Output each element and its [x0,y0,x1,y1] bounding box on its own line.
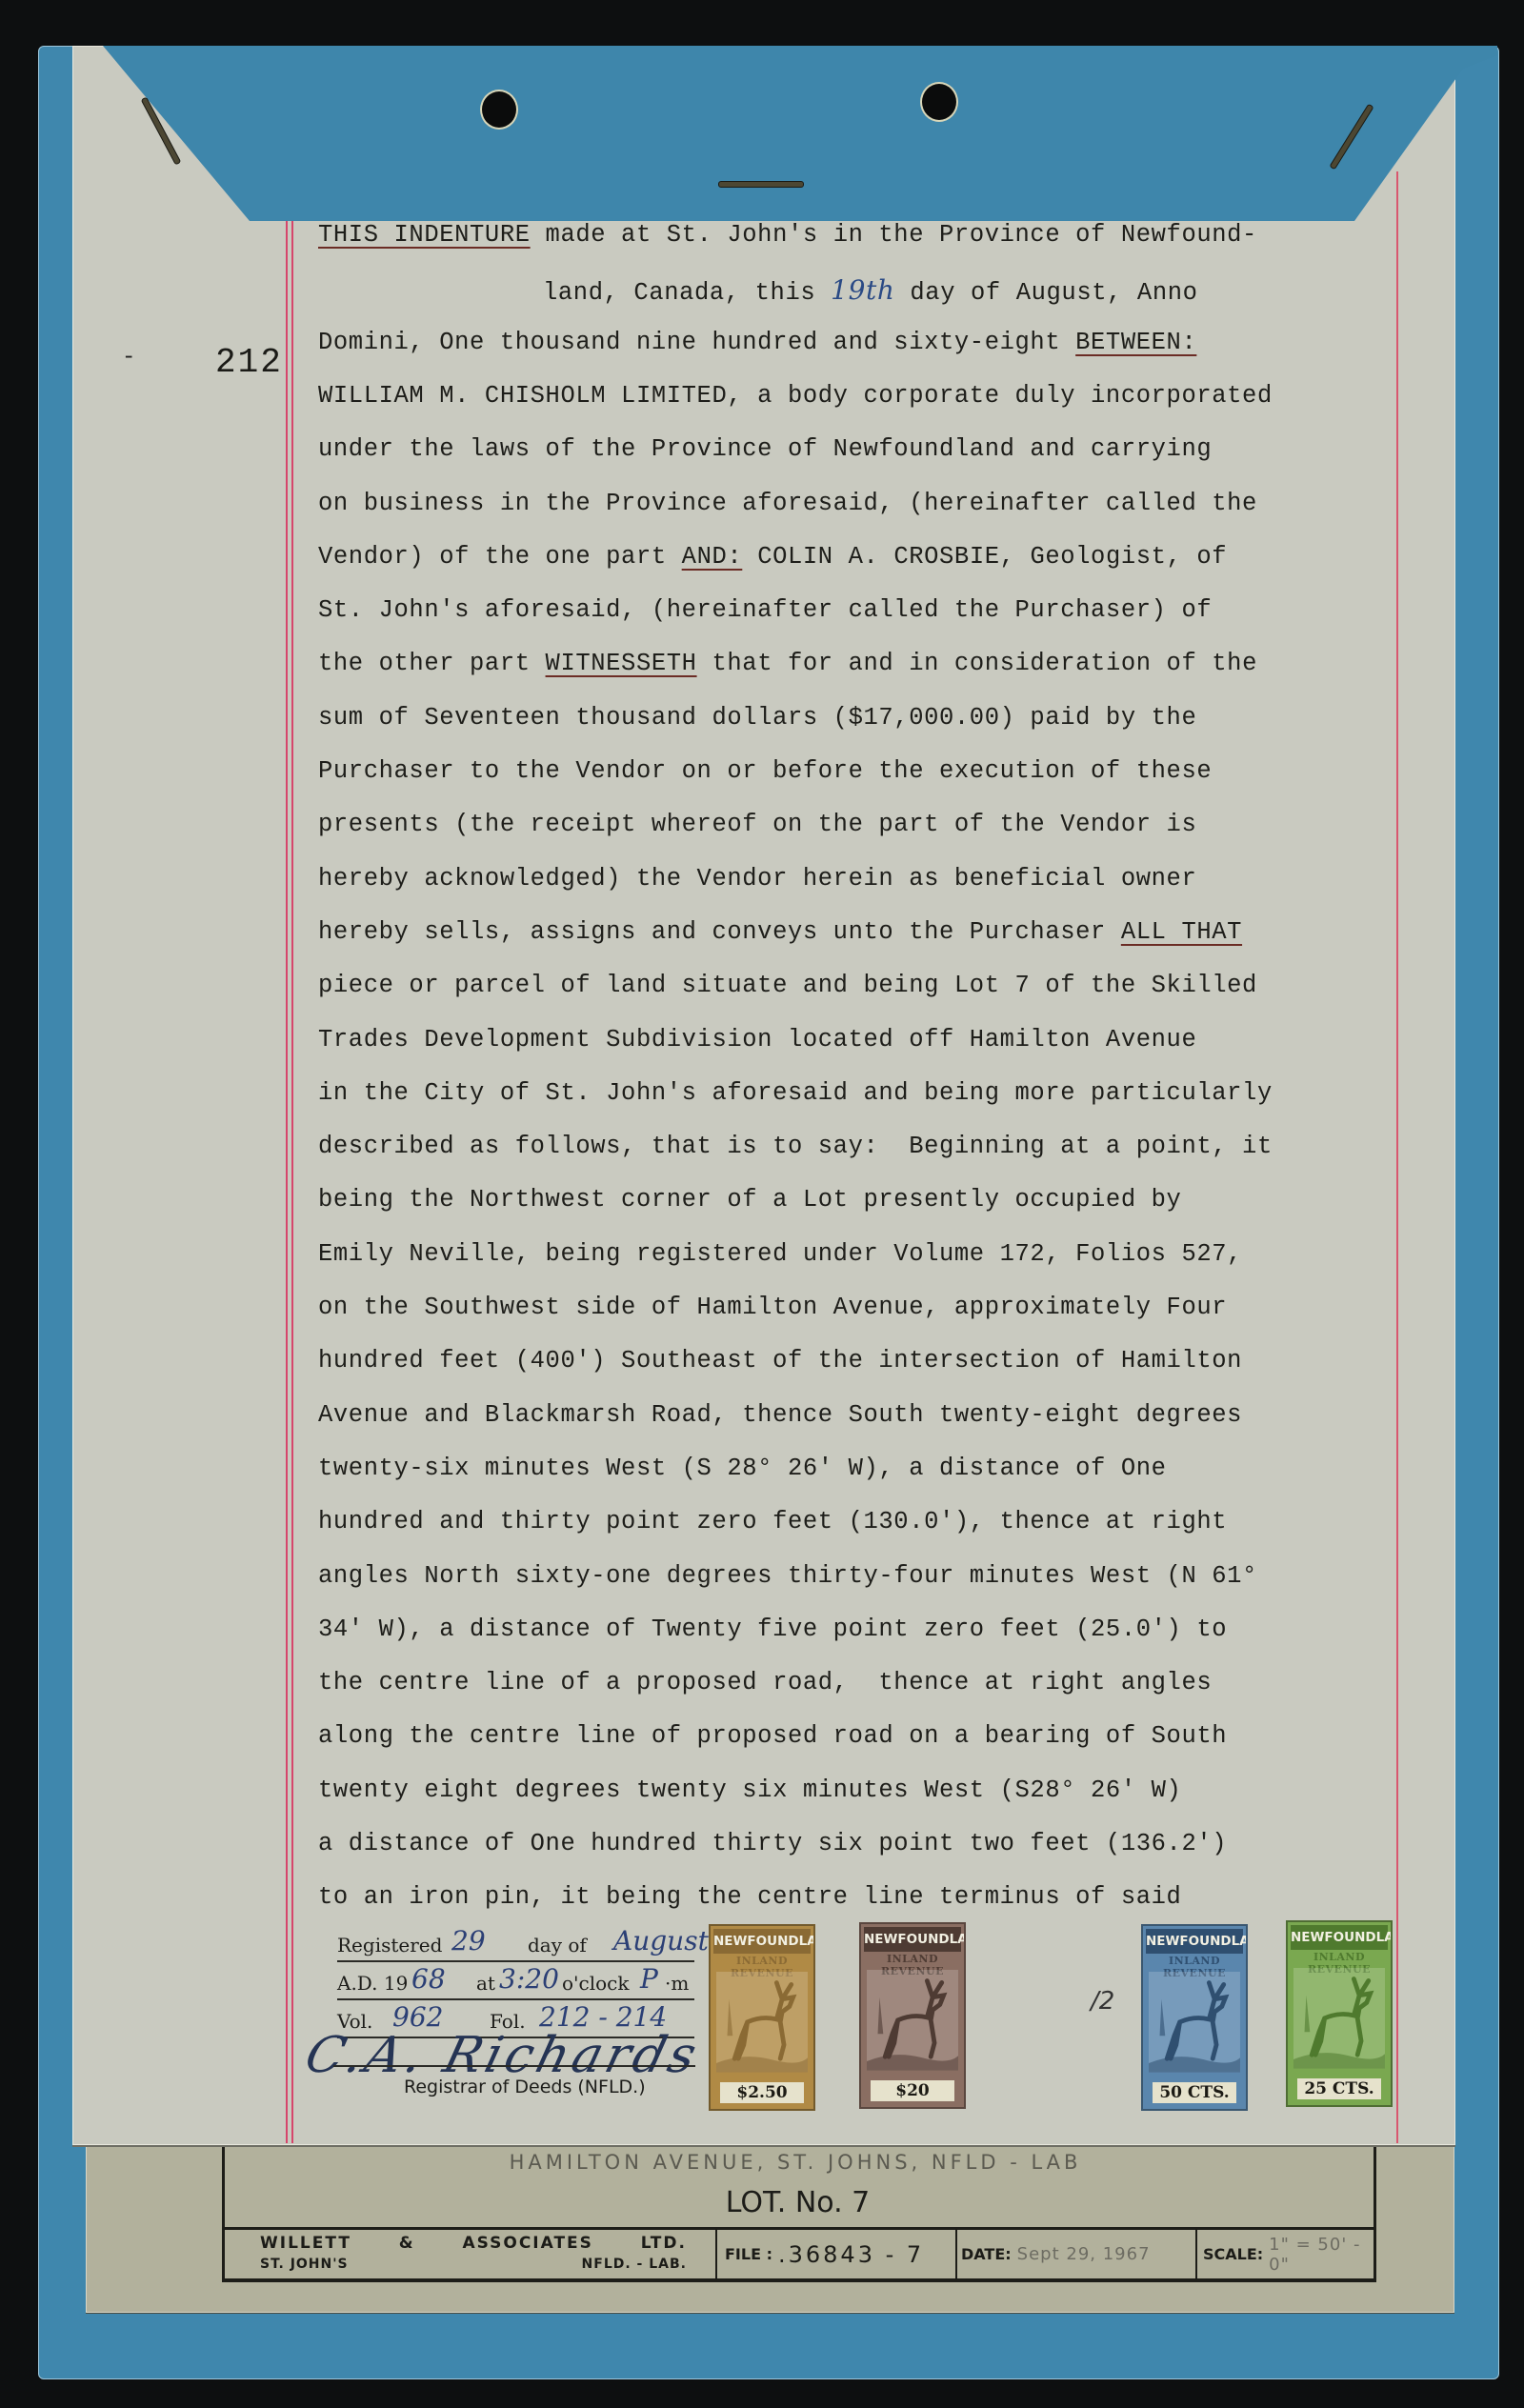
registered-month: August [613,1925,709,1956]
file-label: FILE : [725,2245,772,2263]
typed-text: 34' W), a distance of Twenty five point … [318,1615,1227,1643]
revenue-stamp: NEWFOUNDLANDINLAND REVENUE$2.50 [709,1924,815,2111]
typed-text: WILLIAM M. CHISHOLM LIMITED, a body corp… [318,382,1273,410]
deed-text-line: twenty eight degrees twenty six minutes … [318,1776,1181,1804]
deed-text-line: hereby acknowledged) the Vendor herein a… [318,865,1196,893]
typed-text: angles North sixty-one degrees thirty-fo… [318,1562,1257,1590]
caribou-icon [1149,1972,1240,2073]
punch-hole-icon [480,90,518,130]
typed-text: under the laws of the Province of Newfou… [318,435,1212,463]
deed-text-line: the centre line of a proposed road, then… [318,1669,1212,1696]
typed-text: COLIN A. CROSBIE, Geologist, of [742,543,1227,571]
underlined-keyword: ALL THAT [1121,918,1242,946]
stamp-country: NEWFOUNDLAND [1146,1929,1243,1954]
registered-time: 3:20 [499,1963,559,1995]
registrar-signature: C.A. Richards [300,2027,706,2084]
typed-text: Avenue and Blackmarsh Road, thence South… [318,1401,1242,1429]
deed-text-line: presents (the receipt whereof on the par… [318,811,1196,838]
typed-text: along the centre line of proposed road o… [318,1722,1227,1750]
typed-text: on the Southwest side of Hamilton Avenue… [318,1294,1227,1321]
caribou-icon [867,1970,958,2071]
deed-text-line: twenty-six minutes West (S 28° 26' W), a… [318,1455,1167,1482]
typed-text: that for and in consideration of the [697,650,1257,677]
right-margin-line [1396,171,1398,2143]
underlined-keyword: AND: [682,543,743,571]
stamp-country: NEWFOUNDLAND [1291,1925,1388,1950]
typed-text: Vendor) of the one part [318,543,682,571]
date-label: DATE: [961,2245,1012,2263]
deed-text-line: Avenue and Blackmarsh Road, thence South… [318,1401,1242,1429]
registered-day: 29 [451,1925,486,1956]
firm-word: WILLETT [260,2234,351,2253]
plan-title-block: WILLETT & ASSOCIATES LTD. ST. JOHN'S NFL… [222,2227,1376,2278]
stamp-value: 25 CTS. [1297,2078,1381,2099]
registered-meridiem: P [640,1963,658,1995]
deed-text-line: on business in the Province aforesaid, (… [318,490,1257,517]
typed-text: hereby sells, assigns and conveys unto t… [318,918,1121,946]
stamp-value: 50 CTS. [1153,2082,1236,2103]
scale-cell: SCALE: 1" = 50' - 0" [1197,2230,1376,2278]
typed-text: described as follows, that is to say: Be… [318,1133,1273,1160]
typed-text: a distance of One hundred thirty six poi… [318,1830,1227,1857]
page-number: 212 [215,343,283,382]
typed-text: sum of Seventeen thousand dollars ($17,0… [318,704,1196,732]
firm-city: ST. JOHN'S [260,2257,349,2272]
deed-text-line: sum of Seventeen thousand dollars ($17,0… [318,704,1196,732]
firm-word: ASSOCIATES [462,2234,592,2253]
typed-text: to an iron pin, it being the centre line… [318,1883,1181,1911]
deed-text-line: Domini, One thousand nine hundred and si… [318,329,1196,356]
handwritten-day: 19th [831,274,894,306]
deed-text-line: Vendor) of the one part AND: COLIN A. CR… [318,543,1227,571]
m-label: ·m [665,1972,689,1995]
deed-text-line: Emily Neville, being registered under Vo… [318,1240,1242,1268]
deed-text-line: St. John's aforesaid, (hereinafter calle… [318,596,1212,624]
deed-text-line: land, Canada, this 19th day of August, A… [543,274,1198,307]
typed-text: hundred feet (400') Southeast of the int… [318,1347,1242,1375]
typed-text: piece or parcel of land situate and bein… [318,972,1257,999]
deed-text-line: on the Southwest side of Hamilton Avenue… [318,1294,1227,1321]
left-margin-line [286,219,293,2143]
reg-line-time: A.D. 19 68 at 3:20 o'clock P ·m [337,1962,694,2000]
revenue-stamp: NEWFOUNDLANDINLAND REVENUE50 CTS. [1141,1924,1248,2111]
file-cell: FILE : .36843 - 7 [717,2230,957,2278]
deed-text-line: hundred feet (400') Southeast of the int… [318,1347,1242,1375]
stamp-note: /2 [1091,1987,1114,2016]
typed-text: presents (the receipt whereof on the par… [318,811,1196,838]
underlined-keyword: THIS INDENTURE [318,221,531,249]
stamp-country: NEWFOUNDLAND [864,1927,961,1952]
typed-text: Purchaser to the Vendor on or before the… [318,757,1212,785]
deed-text-line: piece or parcel of land situate and bein… [318,972,1257,999]
deed-text-line: described as follows, that is to say: Be… [318,1133,1273,1160]
folder-flap [38,46,1497,227]
date-cell: DATE: Sept 29, 1967 [957,2230,1197,2278]
registered-year: 68 [411,1963,446,1995]
underlined-keyword: WITNESSETH [546,650,697,677]
typed-text: the other part [318,650,546,677]
registration-stamp: Registered 29 day of August A.D. 19 68 a… [337,1924,694,2038]
deed-text-line: in the City of St. John's aforesaid and … [318,1079,1273,1107]
deed-text-line: THIS INDENTURE made at St. John's in the… [318,221,1257,249]
firm-province: NFLD. - LAB. [582,2257,687,2272]
typed-text: hundred and thirty point zero feet (130.… [318,1508,1227,1535]
typed-text: twenty-six minutes West (S 28° 26' W), a… [318,1455,1167,1482]
oclock-label: o'clock [562,1972,630,1995]
typed-text: on business in the Province aforesaid, (… [318,490,1257,517]
typed-text: being the Northwest corner of a Lot pres… [318,1186,1181,1214]
typed-text: Trades Development Subdivision located o… [318,1026,1196,1053]
deed-text-line: to an iron pin, it being the centre line… [318,1883,1181,1911]
revenue-stamp: NEWFOUNDLANDINLAND REVENUE$20 [859,1922,966,2109]
stamp-value: $20 [871,2080,954,2101]
underlined-keyword: BETWEEN: [1075,329,1196,356]
margin-dash: - [122,345,135,371]
caribou-icon [1293,1968,1385,2069]
stamp-value: $2.50 [720,2082,804,2103]
deed-text-line: hundred and thirty point zero feet (130.… [318,1508,1227,1535]
typed-text: in the City of St. John's aforesaid and … [318,1079,1273,1107]
deed-text-line: Trades Development Subdivision located o… [318,1026,1196,1053]
typed-text: day of August, Anno [894,279,1197,307]
firm-word: & [399,2234,415,2253]
scale-label: SCALE: [1203,2245,1263,2263]
deed-text-line: a distance of One hundred thirty six poi… [318,1830,1227,1857]
stamp-country: NEWFOUNDLAND [713,1929,811,1954]
firm-cell: WILLETT & ASSOCIATES LTD. ST. JOHN'S NFL… [222,2230,717,2278]
date-value: Sept 29, 1967 [1017,2244,1151,2264]
typed-text: the centre line of a proposed road, then… [318,1669,1212,1696]
reg-line-date: Registered 29 day of August [337,1924,694,1962]
firm-word: LTD. [641,2234,687,2253]
scale-value: 1" = 50' - 0" [1269,2235,1376,2275]
deed-text-line: along the centre line of proposed road o… [318,1722,1227,1750]
typed-text: made at St. John's in the Province of Ne… [531,221,1257,249]
caribou-icon [716,1972,808,2073]
deed-text-line: 34' W), a distance of Twenty five point … [318,1615,1227,1643]
staple-icon [718,181,804,188]
typed-text: Emily Neville, being registered under Vo… [318,1240,1242,1268]
file-value: .36843 - 7 [778,2241,924,2268]
registered-label: Registered [337,1934,442,1956]
typed-text: land, Canada, this [543,279,831,307]
punch-hole-icon [920,82,958,122]
firm-location: ST. JOHN'S NFLD. - LAB. [260,2257,687,2272]
revenue-stamp: NEWFOUNDLANDINLAND REVENUE25 CTS. [1286,1920,1393,2107]
typed-text: hereby acknowledged) the Vendor herein a… [318,865,1196,893]
deed-text-line: Purchaser to the Vendor on or before the… [318,757,1212,785]
ad-label: A.D. 19 [337,1972,408,1995]
firm-name: WILLETT & ASSOCIATES LTD. [260,2234,687,2253]
deed-text-line: the other part WITNESSETH that for and i… [318,650,1257,677]
signature-line [333,2065,695,2067]
deed-text-line: hereby sells, assigns and conveys unto t… [318,918,1242,946]
typed-text: St. John's aforesaid, (hereinafter calle… [318,596,1212,624]
day-of-label: day of [528,1934,587,1956]
deed-text-line: being the Northwest corner of a Lot pres… [318,1186,1181,1214]
at-label: at [476,1972,495,1995]
deed-text-line: under the laws of the Province of Newfou… [318,435,1212,463]
deed-text-line: WILLIAM M. CHISHOLM LIMITED, a body corp… [318,382,1273,410]
typed-text: Domini, One thousand nine hundred and si… [318,329,1075,356]
typed-text: twenty eight degrees twenty six minutes … [318,1776,1181,1804]
deed-text-line: angles North sixty-one degrees thirty-fo… [318,1562,1257,1590]
registrar-title: Registrar of Deeds (NFLD.) [404,2077,646,2097]
